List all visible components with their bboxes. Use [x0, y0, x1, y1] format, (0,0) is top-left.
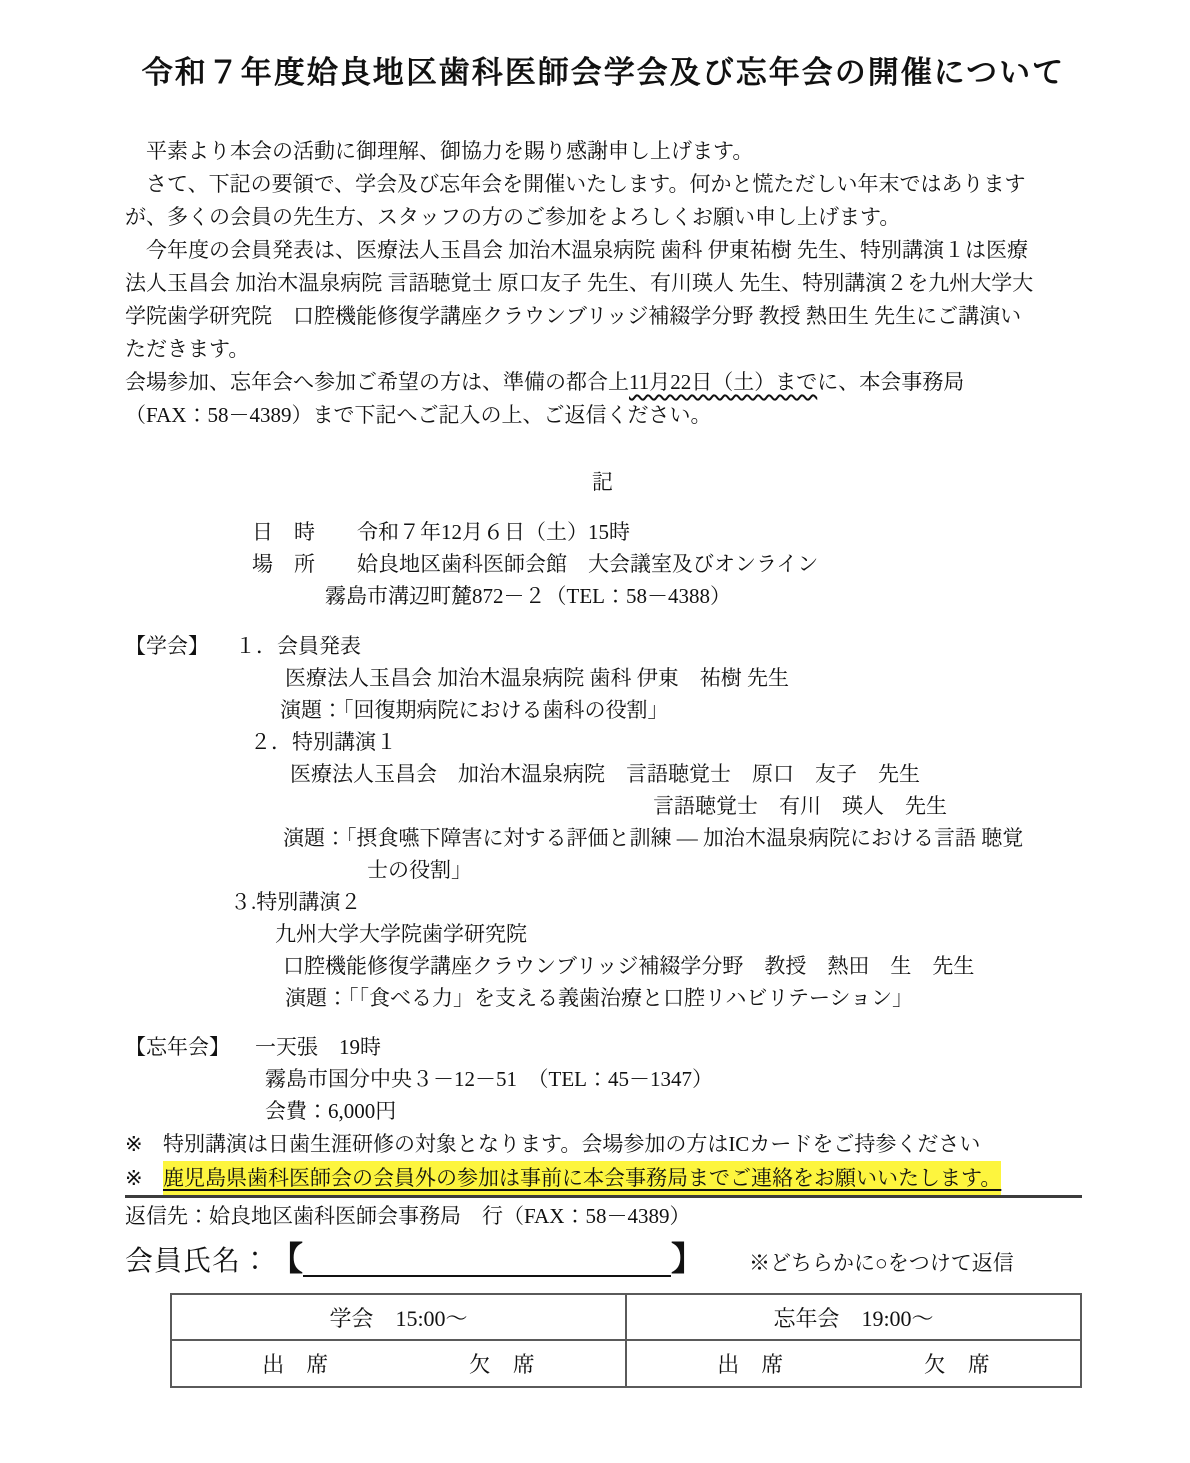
note2-highlighted-text: 鹿児島県歯科医師会の会員外の参加は事前に本会事務局までご連絡をお願いいたします。: [163, 1161, 1001, 1195]
gakkai-attend-option: 出 席: [262, 1348, 328, 1379]
close-bracket: 】: [671, 1244, 704, 1277]
rsvp-options-row: 出 席 欠 席 出 席 欠 席: [171, 1340, 1081, 1387]
page-title: 令和７年度姶良地区歯科医師会学会及び忘年会の開催について: [125, 50, 1082, 95]
rsvp-header-row: 学会 15:00～ 忘年会 19:00～: [171, 1294, 1081, 1340]
intro-line: 法人玉昌会 加治木温泉病院 言語聴覚士 原口友子 先生、有川瑛人 先生、特別講演…: [125, 267, 1082, 300]
datetime-row: 日 時 令和７年12月６日（土）15時: [125, 516, 1082, 548]
document-page: 令和７年度姶良地区歯科医師会学会及び忘年会の開催について 平素より本会の活動に御…: [0, 0, 1190, 1463]
bonenkai-venue: 一天張 19時: [125, 1031, 1082, 1063]
datetime-value: 令和７年12月６日（土）15時: [357, 516, 630, 548]
bonenkai-address: 霧島市国分中央３－12－51 （TEL：45－1347）: [125, 1063, 1082, 1095]
gakkai-item2-endai-line1: 演題：「摂食嚥下障害に対する評価と訓練 ― 加治木温泉病院における言語 聴覚: [125, 822, 1082, 854]
bonenkai-options-cell: 出 席 欠 席: [626, 1340, 1081, 1387]
deadline-text-after: に、本会事務局: [817, 370, 964, 394]
bonenkai-absent-option: 欠 席: [924, 1348, 990, 1379]
deadline-line: 会場参加、忘年会へ参加ご希望の方は、準備の都合上11月22日（土）までに、本会事…: [125, 366, 1082, 399]
gakkai-section: 【学会】 １．会員発表 医療法人玉昌会 加治木温泉病院 歯科 伊東 祐樹 先生 …: [125, 630, 1082, 1014]
open-bracket: 【: [270, 1244, 303, 1277]
event-details: 日 時 令和７年12月６日（土）15時 場 所 姶良地区歯科医師会館 大会議室及…: [125, 516, 1082, 612]
gakkai-item3-endai: 演題：「「食べる力」を支える義歯治療と口腔リハビリテーション」: [125, 982, 1082, 1014]
gakkai-item2-no: ２．特別講演１: [125, 726, 1082, 758]
deadline-text-before: 会場参加、忘年会へ参加ご希望の方は、準備の都合上: [125, 370, 629, 394]
reply-to-line: 返信先：姶良地区歯科医師会事務局 行（FAX：58－4389）: [125, 1201, 1082, 1231]
rsvp-table: 学会 15:00～ 忘年会 19:00～ 出 席 欠 席 出 席 欠 席: [170, 1293, 1082, 1388]
gakkai-options-cell: 出 席 欠 席: [171, 1340, 626, 1387]
note-mark: ※: [125, 1127, 163, 1161]
bonenkai-heading: 【忘年会】: [125, 1031, 230, 1063]
gakkai-item1-no: １．会員発表: [125, 630, 1082, 662]
notes-section: ※ 特別講演は日歯生涯研修の対象となります。会場参加の方はICカードをご持参くだ…: [125, 1127, 1082, 1198]
place-label: 場 所: [252, 548, 315, 580]
fax-reply-line: （FAX：58－4389）まで下記へご記入の上、ご返信ください。: [125, 399, 1082, 432]
intro-line: 学院歯学研究院 口腔機能修復学講座クラウンブリッジ補綴学分野 教授 熱田生 先生…: [125, 300, 1082, 333]
intro-line: さて、下記の要領で、学会及び忘年会を開催いたします。何かと慌ただしい年末ではあり…: [125, 168, 1082, 201]
place-address: 霧島市溝辺町麓872－２（TEL：58－4388）: [125, 580, 1082, 612]
bonenkai-section: 【忘年会】 一天張 19時 霧島市国分中央３－12－51 （TEL：45－134…: [125, 1031, 1082, 1127]
gakkai-item2-endai-line2: 士の役割」: [125, 854, 1082, 886]
bonenkai-header-cell: 忘年会 19:00～: [626, 1294, 1081, 1340]
intro-line: ただきます。: [125, 333, 1082, 366]
note-nonmember-highlighted: ※ 鹿児島県歯科医師会の会員外の参加は事前に本会事務局までご連絡をお願いいたしま…: [125, 1161, 1082, 1198]
gakkai-item2-speaker1: 医療法人玉昌会 加治木温泉病院 言語聴覚士 原口 友子 先生: [125, 758, 1082, 790]
document-content: 令和７年度姶良地区歯科医師会学会及び忘年会の開催について 平素より本会の活動に御…: [0, 0, 1190, 1388]
gakkai-item1-endai: 演題：「回復期病院における歯科の役割」: [125, 694, 1082, 726]
intro-paragraphs: 平素より本会の活動に御理解、御協力を賜り感謝申し上げます。 さて、下記の要領で、…: [125, 135, 1082, 432]
datetime-label: 日 時: [252, 516, 315, 548]
gakkai-item3-no: ３.特別講演２: [125, 886, 1082, 918]
place-value: 姶良地区歯科医師会館 大会議室及びオンライン: [357, 548, 818, 580]
gakkai-header-cell: 学会 15:00～: [171, 1294, 626, 1340]
member-name-label: 会員氏名：: [125, 1239, 270, 1279]
gakkai-absent-option: 欠 席: [469, 1348, 535, 1379]
place-row: 場 所 姶良地区歯科医師会館 大会議室及びオンライン: [125, 548, 1082, 580]
gakkai-item1-speaker: 医療法人玉昌会 加治木温泉病院 歯科 伊東 祐樹 先生: [125, 662, 1082, 694]
gakkai-item3-speaker: 口腔機能修復学講座クラウンブリッジ補綴学分野 教授 熱田 生 先生: [125, 950, 1082, 982]
circle-instruction: ※どちらかに○をつけて返信: [749, 1247, 1014, 1277]
note-mark: ※: [125, 1161, 163, 1195]
ki-heading: 記: [125, 466, 1082, 499]
intro-line: が、多くの会員の先生方、スタッフの方のご参加をよろしくお願い申し上げます。: [125, 201, 1082, 234]
gakkai-item2-speaker2: 言語聴覚士 有川 瑛人 先生: [125, 790, 1082, 822]
member-name-blank-field: [303, 1245, 671, 1277]
deadline-date-wavy-underline: 11月22日（土）まで: [629, 370, 817, 394]
intro-line: 平素より本会の活動に御理解、御協力を賜り感謝申し上げます。: [125, 135, 1082, 168]
member-name-row: 会員氏名： 【 】 ※どちらかに○をつけて返信: [125, 1239, 1082, 1283]
gakkai-item3-org: 九州大学大学院歯学研究院: [125, 918, 1082, 950]
bonenkai-attend-option: 出 席: [717, 1348, 783, 1379]
note1-text: 特別講演は日歯生涯研修の対象となります。会場参加の方はICカードをご持参ください: [163, 1127, 980, 1161]
note-ic-card: ※ 特別講演は日歯生涯研修の対象となります。会場参加の方はICカードをご持参くだ…: [125, 1127, 1082, 1161]
bonenkai-fee: 会費：6,000円: [125, 1095, 1082, 1127]
intro-line: 今年度の会員発表は、医療法人玉昌会 加治木温泉病院 歯科 伊東祐樹 先生、特別講…: [125, 234, 1082, 267]
gakkai-heading: 【学会】: [125, 630, 209, 662]
